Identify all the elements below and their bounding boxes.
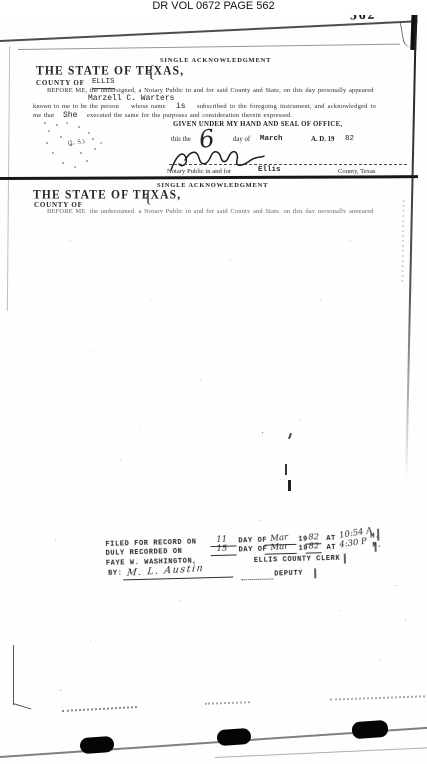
- ack1-verb-typed: is: [176, 103, 186, 111]
- scan-edge-faint-marks: [401, 200, 404, 285]
- stamp-border-mark-3: [344, 554, 346, 564]
- ack1-me-that: me that: [33, 113, 54, 120]
- recorded-year-underline: [306, 552, 322, 553]
- ack1-this-the: this the: [171, 137, 191, 144]
- stray-mark-3: [288, 480, 291, 491]
- filed-day-of-label: DAY OF: [238, 538, 267, 546]
- binder-hole-mark-1: [79, 736, 114, 754]
- ack1-day-of: day of: [233, 137, 250, 144]
- ack1-executed-line: executed the same for the purposes and c…: [87, 113, 292, 120]
- stamp-border-mark-4: [314, 568, 316, 578]
- stamp-border-mark-1: [377, 529, 379, 541]
- recorded-year-handwritten: 82: [308, 542, 319, 551]
- ack2-before-line: BEFORE ME, the undersigned, a Notary Pub…: [47, 208, 392, 213]
- bottom-smudge-3: [330, 695, 425, 700]
- clerk-title: ELLIS COUNTY CLERK: [254, 556, 341, 565]
- recorded-month-underline: [265, 553, 297, 555]
- notary-line-label: Notary Public in and for: [167, 169, 231, 176]
- ack1-whose-name: whose name: [131, 104, 166, 111]
- recorded-at-label: AT: [326, 545, 336, 552]
- ack1-heading: SINGLE ACKNOWLEDGMENT: [160, 58, 271, 65]
- ack1-known-pre: known to me to be the person: [33, 104, 119, 111]
- recorded-label: DULY RECORDED ON: [106, 549, 183, 558]
- ack2-cutoff-line: BEFORE ME, the undersigned, a Notary Pub…: [47, 208, 392, 213]
- ack1-ad19: A. D. 19: [311, 137, 334, 144]
- ack1-year-typed: 82: [345, 136, 354, 144]
- recorded-day-underline: [211, 554, 237, 556]
- binder-hole-mark-2: [216, 728, 251, 746]
- recorded-time-handwritten: 4:30 P: [339, 538, 367, 550]
- scan-edge-top-line: [0, 20, 418, 42]
- stray-mark-1: [288, 433, 292, 439]
- by-label: BY:: [108, 570, 123, 577]
- scan-edge-left-bracket-tail: [13, 703, 31, 710]
- ack1-pronoun-typed: She: [63, 112, 77, 120]
- ack1-state-line: THE STATE OF TEXAS,: [36, 66, 184, 78]
- binder-hole-mark-3: [351, 720, 388, 739]
- filed-label: FILED FOR RECORD ON: [105, 539, 196, 548]
- recorded-day-handwritten: 15: [216, 545, 227, 554]
- deputy-label: DEPUTY: [274, 571, 303, 579]
- filed-for-record-stamp: FILED FOR RECORD ON 11 DAY OF Mar 19 82 …: [100, 521, 427, 592]
- scanned-record-page: DR VOL 0672 PAGE 562 562 SINGLE ACKNOWLE…: [0, 0, 427, 764]
- section-divider-rule: [0, 175, 418, 179]
- ack1-brace: {: [147, 63, 155, 80]
- ack2-brace: {: [144, 188, 152, 205]
- notary-signature-line: [169, 164, 407, 165]
- bottom-smudge-1: [62, 706, 137, 712]
- ack1-known-post: subscribed to the foregoing instrument, …: [197, 104, 376, 111]
- viewer-header: DR VOL 0672 PAGE 562: [0, 0, 427, 15]
- bottom-smudge-2: [205, 701, 250, 705]
- scan-edge-left-bracket: [13, 645, 14, 705]
- filed-at-label: AT: [326, 536, 336, 543]
- stamp-border-mark-2: [374, 543, 376, 552]
- recorded-day-of-label: DAY OF: [239, 547, 268, 555]
- ack1-month-typed: March: [260, 136, 283, 144]
- ack1-appeared-name: Marzell C. Warters: [88, 95, 174, 103]
- ack1-county-label: COUNTY OF: [36, 80, 85, 87]
- deputy-signature: M. L. Austin: [126, 564, 204, 578]
- page-title: DR VOL 0672 PAGE 562: [152, 0, 274, 12]
- bottom-scratch-line-2: [215, 747, 427, 758]
- recorded-month-handwritten: Mar: [270, 542, 289, 552]
- seal-speckles: [44, 122, 46, 124]
- deputy-line-dots: [241, 578, 273, 580]
- seal-ls-text: (L. S.): [68, 139, 85, 147]
- notary-seal: (L. S.): [44, 122, 110, 174]
- scan-edge-right-line: [405, 12, 417, 482]
- scan-edge-top-line-2: [18, 44, 400, 50]
- stray-mark-2: [285, 464, 287, 475]
